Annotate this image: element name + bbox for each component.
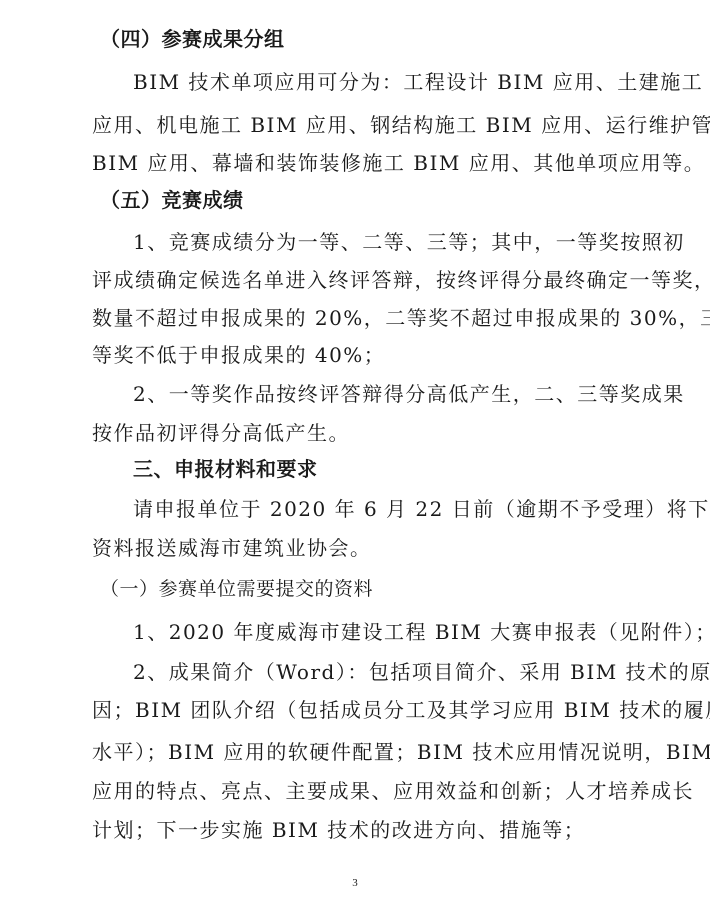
paragraph-line: 因；BIM 团队介绍（包括成员分工及其学习应用 BIM 技术的履历、 [92,698,672,722]
section-5-heading: （五）竞赛成绩 [100,188,680,212]
paragraph-line: 2、成果简介（Word）：包括项目简介、采用 BIM 技术的原 [133,660,710,684]
paragraph-line: 评成绩确定候选名单进入终评答辩，按终评得分最终确定一等奖， [92,268,672,292]
paragraph-line: 计划；下一步实施 BIM 技术的改进方向、措施等； [92,818,672,842]
paragraph-line: 2、一等奖作品按终评答辩得分高低产生，二、三等奖成果 [133,382,710,406]
paragraph-line: 请申报单位于 2020 年 6 月 22 日前（逾期不予受理）将下列 [133,497,710,521]
subsection-1-heading: （一）参赛单位需要提交的资料 [100,577,680,601]
paragraph-line: 按作品初评得分高低产生。 [92,421,672,445]
paragraph-line: 应用、机电施工 BIM 应用、钢结构施工 BIM 应用、运行维护管理 [92,113,672,137]
paragraph-line: 应用的特点、亮点、主要成果、应用效益和创新；人才培养成长 [92,779,672,803]
paragraph-line: 资料报送威海市建筑业协会。 [92,536,672,560]
section-4-heading: （四）参赛成果分组 [100,27,680,51]
paragraph-line: BIM 技术单项应用可分为：工程设计 BIM 应用、土建施工 BIM [133,70,710,94]
page-number: 3 [0,877,710,889]
paragraph-line: 数量不超过申报成果的 20%，二等奖不超过申报成果的 30%，三 [92,306,672,330]
paragraph-line: 水平）；BIM 应用的软硬件配置；BIM 技术应用情况说明，BIM [92,740,672,764]
paragraph-line: 等奖不低于申报成果的 40%； [92,343,672,367]
section-three-heading: 三、申报材料和要求 [133,457,710,481]
paragraph-line: 1、2020 年度威海市建设工程 BIM 大赛申报表（见附件）； [133,620,710,644]
paragraph-line: BIM 应用、幕墙和装饰装修施工 BIM 应用、其他单项应用等。 [92,151,672,175]
paragraph-line: 1、竞赛成绩分为一等、二等、三等；其中，一等奖按照初 [133,230,710,254]
